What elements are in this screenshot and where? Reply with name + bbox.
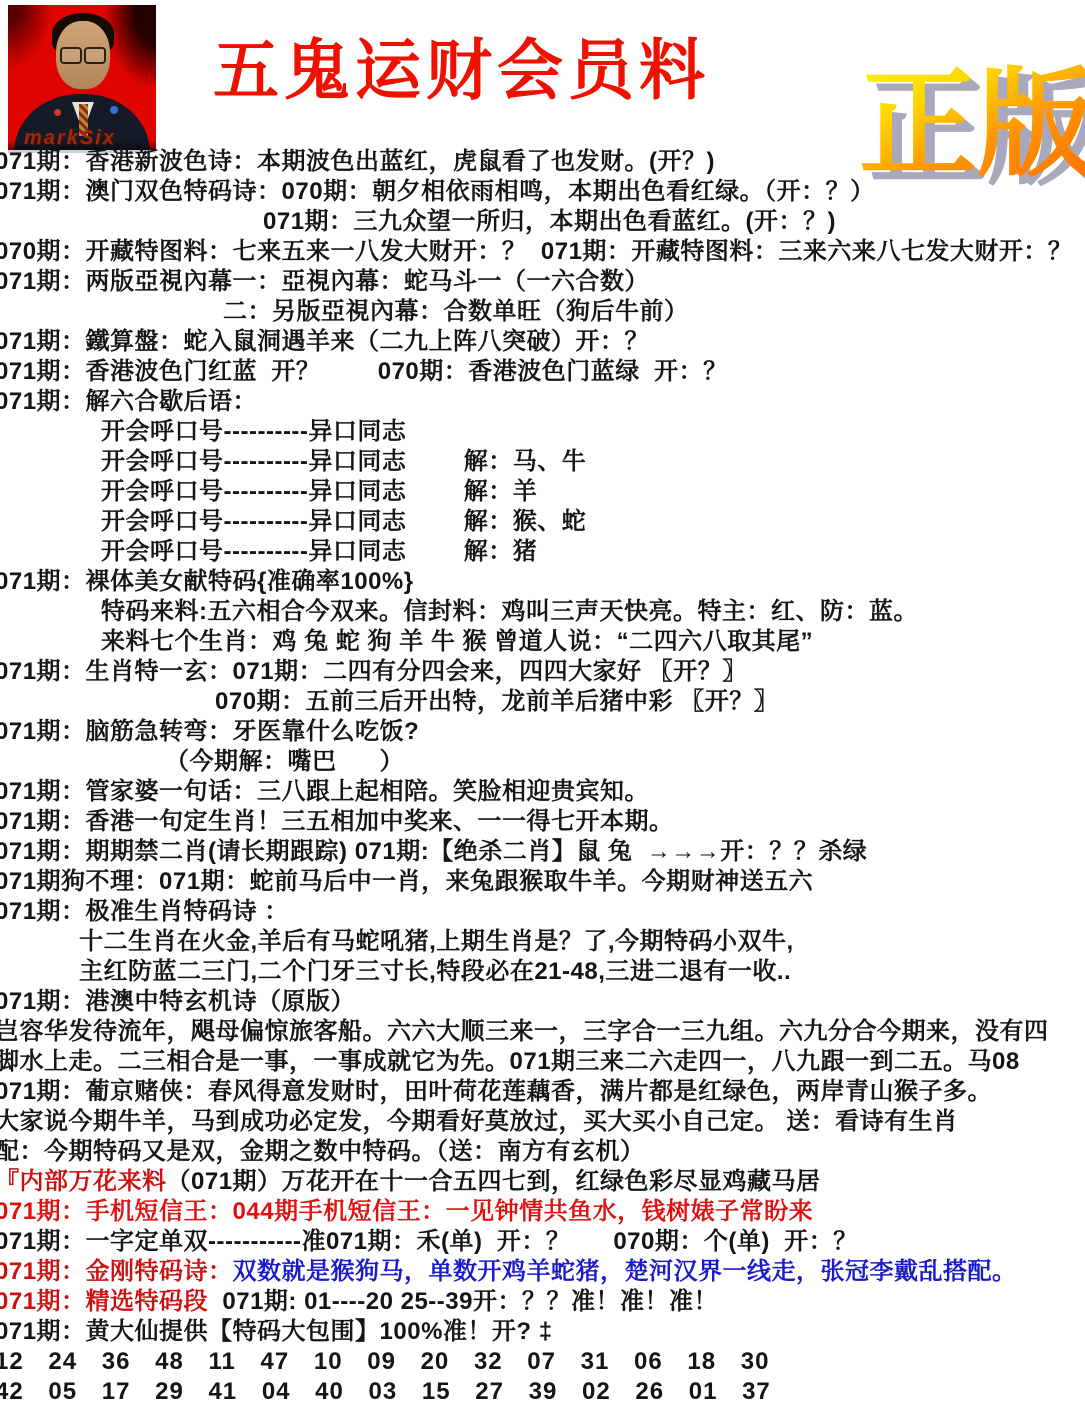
body-line: 071期：鐵算盤：蛇入鼠洞遇羊来（二九上阵八突破）开：？ bbox=[0, 327, 1085, 357]
body-line-segment: 071期: 01----20 25--39开：？？准！准！准！ bbox=[208, 1288, 718, 1315]
body-line-segment: 双数就是猴狗马，单数开鸡羊蛇猪，楚河汉界一线走，张冠李戴乱搭配。 bbox=[233, 1258, 1017, 1285]
body-line-segment: 开会呼口号----------异口同志 bbox=[101, 418, 406, 445]
body-line-segment: 071期：脑筋急转弯：牙医靠什么吃饭? bbox=[0, 718, 419, 745]
body-line: 二：另版亞視內幕：合数单旺（狗后牛前） bbox=[0, 297, 1085, 327]
body-line-segment: 配：今期特码又是双，金期之数中特码。（送：南方有玄机） bbox=[0, 1138, 645, 1165]
header: markSix 五鬼运财会员料 正版 正版 bbox=[0, 0, 1085, 150]
portrait-lapel-pin bbox=[54, 109, 61, 116]
body-line: 12 24 36 48 11 47 10 09 20 32 07 31 06 1… bbox=[0, 1347, 1085, 1377]
body-line: 071期：生肖特一玄：071期：二四有分四会来，四四大家好 〖开？〗 bbox=[0, 657, 1085, 687]
body-line-segment: 070期：开藏特图料：七来五来一八发大财开：？ 071期：开藏特图料：三来六来八… bbox=[0, 238, 1072, 265]
body-line-segment: 大家说今期牛羊，马到成功必定发，今期看好莫放过，买大买小自己定。 送：看诗有生肖 bbox=[0, 1108, 958, 1135]
body-line: 071期：港澳中特玄机诗（原版） bbox=[0, 987, 1085, 1017]
body-line-segment: 071期：澳门双色特码诗：070期：朝夕相依雨相鸣，本期出色看红绿。（开：？） bbox=[0, 178, 875, 205]
body-line: 071期：黄大仙提供【特码大包围】100%准！开? ‡ bbox=[0, 1317, 1085, 1347]
body-line: 071期：裸体美女献特码{准确率100%} bbox=[0, 567, 1085, 597]
body-line-segment: 特码来料:五六相合今双来。信封料：鸡叫三声天快亮。特主：红、防：蓝。 bbox=[101, 598, 918, 625]
body-line: 071期：一字定单双-----------准071期：禾(单) 开：？ 070期… bbox=[0, 1227, 1085, 1257]
body-line-segment: 来料七个生肖：鸡 兔 蛇 狗 羊 牛 猴 曾道人说：“二四六八取其尾” bbox=[101, 628, 813, 655]
body-line-segment: （071期）万花开在十一合五四七到，红绿色彩尽显鸡藏马居 bbox=[167, 1168, 821, 1195]
glasses-lens bbox=[84, 47, 106, 64]
body-line: 071期狗不理：071期：蛇前马后中一肖，来兔跟猴取牛羊。今期财神送五六 bbox=[0, 867, 1085, 897]
body-line-segment: 071期：两版亞視內幕一：亞視內幕：蛇马斗一（一六合数） bbox=[0, 268, 649, 295]
body-line: 主红防蓝二三门,二个门牙三寸长,特段必在21-48,三进二退有一收.. bbox=[0, 957, 1085, 987]
body-line: 『内部万花来料（071期）万花开在十一合五四七到，红绿色彩尽显鸡藏马居 bbox=[0, 1167, 1085, 1197]
body-line: 071期：管家婆一句话：三八跟上起相陪。笑脸相迎贵宾知。 bbox=[0, 777, 1085, 807]
body-line-segment: 071期：香港一句定生肖！三五相加中奖来、一一得七开本期。 bbox=[0, 808, 674, 835]
body-line-segment: 开会呼口号----------异口同志 解：猪 bbox=[101, 538, 537, 565]
body-line: 071期：三九众望一所归，本期出色看蓝红。(开：？) bbox=[0, 207, 1085, 237]
body-line-segment: 071期：手机短信王：044期手机短信王：一见钟情共鱼水，钱树婊子常盼来 bbox=[0, 1198, 813, 1225]
body-line: 071期：香港波色门红蓝 开？ 070期：香港波色门蓝绿 开：？ bbox=[0, 357, 1085, 387]
body-line-segment: 071期：精选特码段 bbox=[0, 1288, 208, 1315]
body-line-segment: 071期：管家婆一句话：三八跟上起相陪。笑脸相迎贵宾知。 bbox=[0, 778, 649, 805]
body-line-segment: 42 05 17 29 41 04 40 03 15 27 39 02 26 0… bbox=[0, 1378, 771, 1405]
body-line: 岂容华发待流年，飓母偏惊旅客船。六六大顺三来一，三字合一三九组。六九分合今期来，… bbox=[0, 1017, 1085, 1047]
portrait-badge bbox=[110, 106, 118, 114]
body-line: 071期：香港一句定生肖！三五相加中奖来、一一得七开本期。 bbox=[0, 807, 1085, 837]
body-line: 开会呼口号----------异口同志 bbox=[0, 417, 1085, 447]
body-line: 十二生肖在火金,羊后有马蛇吼猪,上期生肖是？了,今期特码小双牛, bbox=[0, 927, 1085, 957]
body-line: 配：今期特码又是双，金期之数中特码。（送：南方有玄机） bbox=[0, 1137, 1085, 1167]
body-line-segment: 071期狗不理：071期：蛇前马后中一肖，来兔跟猴取牛羊。今期财神送五六 bbox=[0, 868, 813, 895]
body-line-segment: 主红防蓝二三门,二个门牙三寸长,特段必在21-48,三进二退有一收.. bbox=[79, 958, 791, 985]
body-line-segment: 十二生肖在火金,羊后有马蛇吼猪,上期生肖是？了,今期特码小双牛, bbox=[79, 928, 794, 955]
body-line-segment: 071期：一字定单双-----------准071期：禾(单) 开：？ 070期… bbox=[0, 1228, 858, 1255]
body-line: 开会呼口号----------异口同志 解：羊 bbox=[0, 477, 1085, 507]
body-line-segment: 开会呼口号----------异口同志 解：猴、蛇 bbox=[101, 508, 586, 535]
body-line: 071期：葡京赌侠：春风得意发财时，田叶荷花莲藕香，满片都是红绿色，两岸青山猴子… bbox=[0, 1077, 1085, 1107]
body-line: 071期：金刚特码诗：双数就是猴狗马，单数开鸡羊蛇猪，楚河汉界一线走，张冠李戴乱… bbox=[0, 1257, 1085, 1287]
body-line-segment: 071期：鐵算盤：蛇入鼠洞遇羊来（二九上阵八突破）开：？ bbox=[0, 328, 649, 355]
body-line: 070期：开藏特图料：七来五来一八发大财开：？ 071期：开藏特图料：三来六来八… bbox=[0, 237, 1085, 267]
body-line: 大家说今期牛羊，马到成功必定发，今期看好莫放过，买大买小自己定。 送：看诗有生肖 bbox=[0, 1107, 1085, 1137]
page-title: 五鬼运财会员料 bbox=[213, 36, 710, 109]
body-line-segment: 071期：香港新波色诗：本期波色出蓝红，虎鼠看了也发财。(开？) bbox=[0, 148, 715, 175]
body-line: 来料七个生肖：鸡 兔 蛇 狗 羊 牛 猴 曾道人说：“二四六八取其尾” bbox=[0, 627, 1085, 657]
glasses-lens bbox=[60, 47, 82, 64]
body-line: 071期：解六合歇后语： bbox=[0, 387, 1085, 417]
body-line-segment: 二：另版亞視內幕：合数单旺（狗后牛前） bbox=[223, 298, 689, 325]
body-line: 42 05 17 29 41 04 40 03 15 27 39 02 26 0… bbox=[0, 1377, 1085, 1407]
body-line: 开会呼口号----------异口同志 解：猴、蛇 bbox=[0, 507, 1085, 537]
body-line: 071期：两版亞視內幕一：亞視內幕：蛇马斗一（一六合数） bbox=[0, 267, 1085, 297]
glasses-shape bbox=[60, 47, 106, 61]
body-line: 开会呼口号----------异口同志 解：猪 bbox=[0, 537, 1085, 567]
body-line-segment: 071期：葡京赌侠：春风得意发财时，田叶荷花莲藕香，满片都是红绿色，两岸青山猴子… bbox=[0, 1078, 992, 1105]
body-line-segment: 071期：金刚特码诗： bbox=[0, 1258, 233, 1285]
body-line-segment: 071期：解六合歇后语： bbox=[0, 388, 257, 415]
body-line-segment: 071期：生肖特一玄：071期：二四有分四会来，四四大家好 〖开？〗 bbox=[0, 658, 747, 685]
body-line: 070期：五前三后开出特，龙前羊后猪中彩 〖开？〗 bbox=[0, 687, 1085, 717]
body-line: 071期：手机短信王：044期手机短信王：一见钟情共鱼水，钱树婊子常盼来 bbox=[0, 1197, 1085, 1227]
photo-corner-shade bbox=[8, 5, 52, 69]
body-line-segment: 071期：香港波色门红蓝 开？ 070期：香港波色门蓝绿 开：？ bbox=[0, 358, 728, 385]
body-line-segment: 071期：黄大仙提供【特码大包围】100%准！开? ‡ bbox=[0, 1318, 553, 1345]
portrait-photo: markSix bbox=[8, 5, 156, 150]
body-line-segment: 071期：极准生肖特码诗 ： bbox=[0, 898, 289, 925]
body-line-segment: 开会呼口号----------异口同志 解：马、牛 bbox=[101, 448, 586, 475]
body-line-segment: 脚水上走。二三相合是一事，一事成就它为先。071期三来二六走四一，八九跟一到二五… bbox=[0, 1048, 1020, 1075]
body-line-segment: 070期：五前三后开出特，龙前羊后猪中彩 〖开？〗 bbox=[215, 688, 778, 715]
body-line: 特码来料:五六相合今双来。信封料：鸡叫三声天快亮。特主：红、防：蓝。 bbox=[0, 597, 1085, 627]
body-line-segment: 开会呼口号----------异口同志 解：羊 bbox=[101, 478, 537, 505]
body-lines: 071期：香港新波色诗：本期波色出蓝红，虎鼠看了也发财。(开？)071期：澳门双… bbox=[0, 147, 1085, 1407]
body-line-segment: 071期：三九众望一所归，本期出色看蓝红。(开：？) bbox=[263, 208, 836, 235]
body-line: 开会呼口号----------异口同志 解：马、牛 bbox=[0, 447, 1085, 477]
body-line-segment: 071期：期期禁二肖(请长期跟踪) 071期:【绝杀二肖】鼠 兔 →→→开：？？… bbox=[0, 838, 867, 865]
genuine-watermark-text: 正版 bbox=[859, 59, 1085, 191]
body-line: 071期：期期禁二肖(请长期跟踪) 071期:【绝杀二肖】鼠 兔 →→→开：？？… bbox=[0, 837, 1085, 867]
body-line-segment: （今期解：嘴巴 ） bbox=[165, 748, 404, 775]
body-line-segment: 071期：港澳中特玄机诗（原版） bbox=[0, 988, 355, 1015]
body-line: 脚水上走。二三相合是一事，一事成就它为先。071期三来二六走四一，八九跟一到二五… bbox=[0, 1047, 1085, 1077]
body-line-segment: 12 24 36 48 11 47 10 09 20 32 07 31 06 1… bbox=[0, 1348, 769, 1375]
body-line: 071期：脑筋急转弯：牙医靠什么吃饭? bbox=[0, 717, 1085, 747]
body-line-segment: 071期：裸体美女献特码{准确率100%} bbox=[0, 568, 414, 595]
body-line-segment: 『内部万花来料 bbox=[0, 1168, 167, 1195]
body-line: 071期：极准生肖特码诗 ： bbox=[0, 897, 1085, 927]
genuine-watermark: 正版 正版 bbox=[859, 66, 1085, 184]
body-line-segment: 岂容华发待流年，飓母偏惊旅客船。六六大顺三来一，三字合一三九组。六九分合今期来，… bbox=[0, 1018, 1049, 1045]
body-line: 071期：精选特码段 071期: 01----20 25--39开：？？准！准！… bbox=[0, 1287, 1085, 1317]
body-line: （今期解：嘴巴 ） bbox=[0, 747, 1085, 777]
